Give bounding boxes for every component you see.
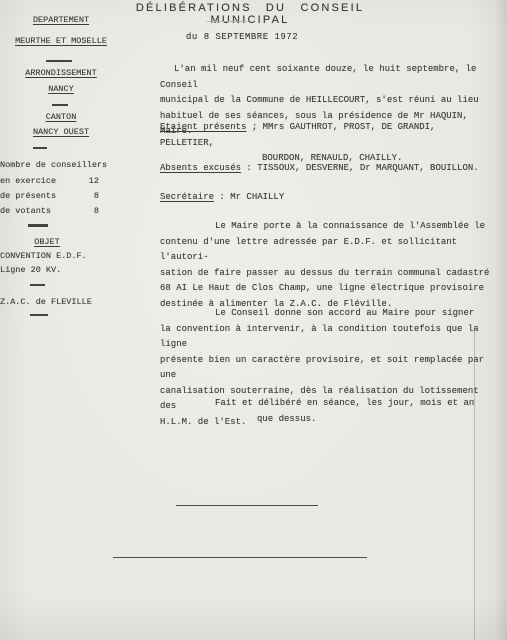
count-label: de votants	[0, 206, 51, 217]
present-label: Etaient présents	[160, 122, 246, 132]
canton-label: CANTON	[0, 112, 122, 123]
arrondissement-label: ARRONDISSEMENT	[0, 68, 122, 79]
secretary-label: Secrétaire	[160, 192, 214, 202]
page-edge-strip	[497, 0, 507, 640]
divider-rule	[30, 314, 48, 316]
absent-label: Absents excusés	[160, 163, 241, 173]
divider-rule	[46, 60, 72, 62]
present-separator: ;	[246, 122, 262, 132]
objet-label: OBJET	[0, 237, 108, 248]
departement-label: DEPARTEMENT	[0, 15, 122, 26]
divider-rule	[33, 147, 47, 149]
count-value: 8	[94, 191, 99, 202]
divider-rule	[52, 104, 68, 106]
counts-title: Nombre de conseillers	[0, 160, 130, 171]
objet-line-1: CONVENTION E.D.F.	[0, 251, 130, 262]
count-label: de présents	[0, 191, 56, 202]
closing-line-2: que dessus.	[160, 412, 494, 428]
objet-line-2: Ligne 20 KV.	[0, 265, 130, 276]
page-title: DÉLIBÉRATIONS DU CONSEIL MUNICIPAL	[90, 2, 410, 26]
secretary-name: Mr CHAILLY	[230, 192, 284, 202]
absent-names: TISSOUX, DESVERNE, Dr MARQUANT, BOUILLON…	[257, 163, 478, 173]
closing-block: Fait et délibéré en séance, les jour, mo…	[160, 396, 494, 427]
arrondissement-value: NANCY	[0, 84, 122, 95]
divider-rule	[28, 224, 48, 227]
absent-separator: :	[241, 163, 257, 173]
count-row: en exercice 12	[0, 176, 99, 187]
secretary-line: Secrétaire : Mr CHAILLY	[160, 190, 494, 206]
count-row: de votants 8	[0, 206, 99, 217]
count-value: 12	[89, 176, 99, 187]
signature-rule-short	[176, 505, 318, 506]
edf-paragraph: Le Maire porte à la connaissance de l'As…	[160, 219, 494, 312]
signature-rule-long	[113, 557, 367, 558]
closing-line-1: Fait et délibéré en séance, les jour, mo…	[160, 396, 494, 412]
title-underline-rule	[207, 21, 247, 22]
count-row: de présents 8	[0, 191, 99, 202]
count-value: 8	[94, 206, 99, 217]
absent-line: Absents excusés : TISSOUX, DESVERNE, Dr …	[160, 161, 494, 177]
date-line: du 8 SEPTEMBRE 1972	[160, 30, 507, 46]
count-label: en exercice	[0, 176, 56, 187]
scanned-document-page: DÉLIBÉRATIONS DU CONSEIL MUNICIPAL DEPAR…	[0, 0, 507, 640]
objet-line-3: Z.A.C. de FLEVILLE	[0, 297, 130, 308]
canton-value: NANCY OUEST	[0, 127, 122, 138]
departement-value: MEURTHE ET MOSELLE	[0, 36, 122, 47]
divider-rule	[30, 284, 45, 286]
present-line: Etaient présents ; MMrs GAUTHROT, PROST,…	[160, 120, 494, 167]
page-edge-seam	[474, 330, 475, 640]
secretary-separator: :	[214, 192, 230, 202]
